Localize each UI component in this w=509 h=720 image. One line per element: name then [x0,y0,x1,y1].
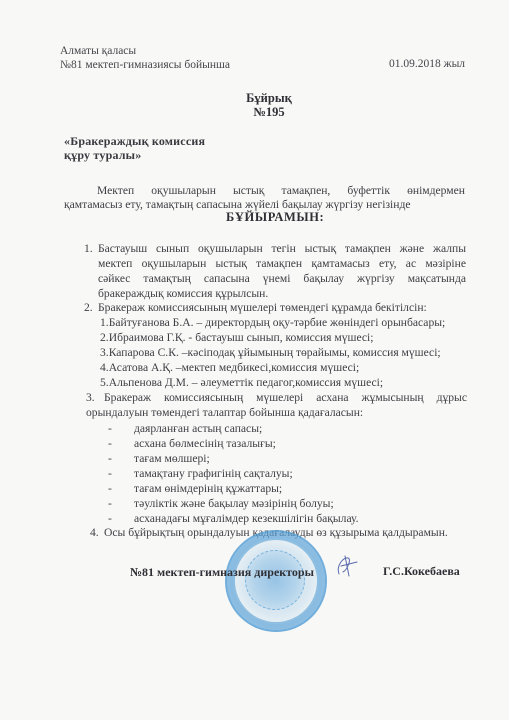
handwritten-signature-icon [333,552,361,580]
dash-bullet-icon: - [108,511,134,526]
requirement-item: -даярланған астың сапасы; [108,421,262,436]
requirement-item: -тамақтану графигінің сақталуы; [108,466,293,481]
document-page: Алматы қаласы №81 мектеп-гимназиясы бойы… [0,0,509,720]
commission-member: 1.Байтуғанова Б.А. – директордың оқу-тәр… [100,315,445,330]
order-number: №195 [219,105,319,120]
requirement-item: -тәуліктік және бақылау мәзірінің болуы; [108,496,334,511]
document-type: Бұйрық [219,91,319,106]
commission-member: 5.Альпенова Д.М. – әлеуметтік педагог,ко… [100,375,383,390]
item-line: Бастауыш сынып оқушыларын тегін ыстық та… [98,241,466,256]
dash-bullet-icon: - [108,466,134,481]
item-line: Бракераж комиссиясының мүшелері асхана ж… [104,390,467,405]
dash-bullet-icon: - [108,451,134,466]
signatory-name: Г.С.Кокебаева [383,564,460,579]
item-line: мектеп оқушыларын ыстық тамақпен қамтама… [98,256,466,271]
dash-bullet-icon: - [108,481,134,496]
requirement-item: -асхана бөлмесінің тазалығы; [108,436,276,451]
header-city: Алматы қаласы [60,44,136,59]
requirement-item: -тағам мөлшері; [108,451,210,466]
dash-bullet-icon: - [108,436,134,451]
item-number: 4. [90,525,99,540]
commission-member: 2.Ибраимова Г.Қ. - бастауыш сынып, комис… [100,330,373,345]
commission-member: 3.Капарова С.К. –кәсіподақ ұйымының төра… [100,345,441,360]
preamble-line-1: Мектеп оқушыларын ыстық тамақпен, буфетт… [97,183,465,198]
subject-line-2: құру туралы» [64,148,141,163]
item-line: Бракераж комиссиясының мүшелері төмендег… [98,300,427,315]
order-word: БҰЙЫРАМЫН: [226,210,324,225]
stamp-emblem-icon [245,550,305,610]
commission-member: 4.Асатова А.Қ. –мектеп медбикесі,комисси… [100,360,359,375]
item-line: бракераждық комиссия құрылсын. [98,286,268,301]
dash-bullet-icon: - [108,421,134,436]
item-number: 2. [84,300,93,315]
item-line: сәйкес тамақтың сапасына үнемі бақылау ж… [98,271,466,286]
header-date: 01.09.2018 жыл [389,57,465,72]
requirement-item: -асханадағы мұғалімдер кезекшілігін бақы… [108,511,359,526]
item-line: орындалуын төмендегі талаптар бойынша қа… [86,405,363,420]
item-number: 3. [86,390,95,405]
requirement-item: -тағам өнімдерінің құжаттары; [108,481,282,496]
dash-bullet-icon: - [108,496,134,511]
item-number: 1. [84,241,93,256]
subject-line-1: «Бракераждық комиссия [64,134,205,149]
official-stamp-icon [225,530,327,632]
header-school: №81 мектеп-гимназиясы бойынша [60,58,230,73]
signatory-position: №81 мектеп-гимназия директоры [130,565,314,580]
